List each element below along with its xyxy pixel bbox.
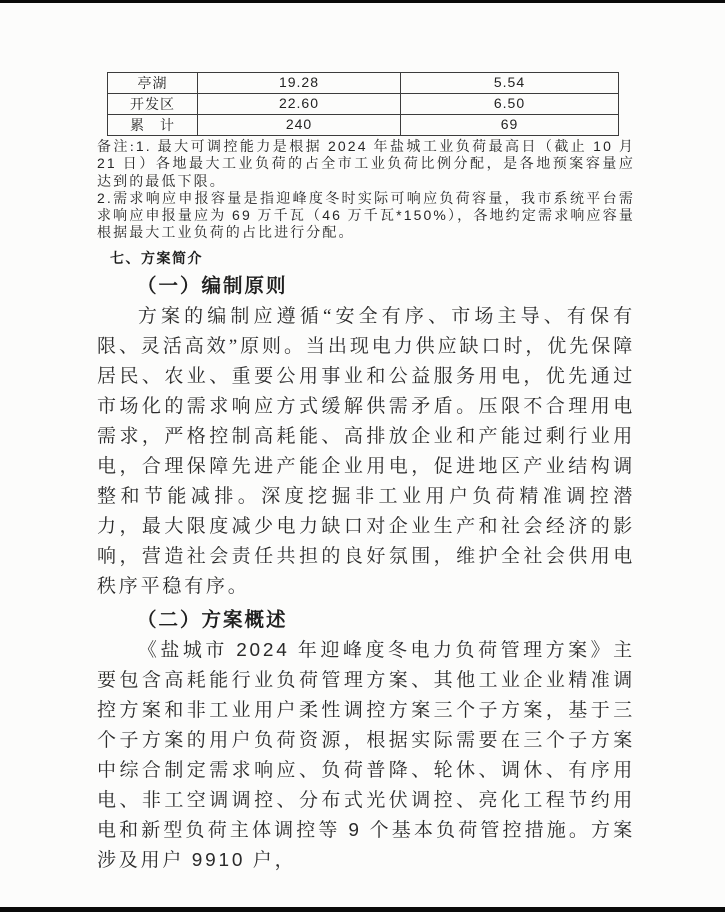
table-row-total: 累 计 240 69 (108, 115, 619, 136)
paragraph-compilation-principles: 方案的编制应遵循“安全有序、市场主导、有保有限、灵活高效”原则。当出现电力供应缺… (97, 302, 635, 602)
table-cell-region: 累 计 (108, 115, 198, 136)
table-cell-adjustable-capacity: 22.60 (198, 94, 401, 115)
paragraph-plan-overview: 《盐城市 2024 年迎峰度冬电力负荷管理方案》主要包含高耗能行业负荷管理方案、… (97, 636, 635, 876)
footnote-2: 2.需求响应申报容量是指迎峰度冬时实际可响应负荷容量，我市系统平台需求响应申报量… (97, 191, 635, 243)
table-row-kaifaqu: 开发区 22.60 6.50 (108, 94, 619, 115)
table-cell-adjustable-capacity: 19.28 (198, 73, 401, 94)
table-cell-adjustable-capacity: 240 (198, 115, 401, 136)
table-cell-region: 开发区 (108, 94, 198, 115)
table-cell-response-capacity: 6.50 (401, 94, 619, 115)
subsection-1-heading: （一）编制原则 (97, 272, 635, 302)
page-content: 亭湖 19.28 5.54 开发区 22.60 6.50 累 计 240 69 … (97, 72, 635, 876)
scan-edge-bottom (0, 907, 725, 912)
scan-edge-top (0, 0, 725, 3)
table-cell-region: 亭湖 (108, 73, 198, 94)
document-page: 亭湖 19.28 5.54 开发区 22.60 6.50 累 计 240 69 … (0, 0, 725, 912)
table-cell-response-capacity: 69 (401, 115, 619, 136)
table-cell-response-capacity: 5.54 (401, 73, 619, 94)
footnote-1: 备注:1. 最大可调控能力是根据 2024 年盐城工业负荷最高日（截止 10 月… (97, 139, 635, 191)
subsection-2-heading: （二）方案概述 (97, 606, 635, 636)
section-heading: 七、方案简介 (110, 248, 635, 268)
capacity-table: 亭湖 19.28 5.54 开发区 22.60 6.50 累 计 240 69 (107, 72, 619, 136)
table-row-tinghu: 亭湖 19.28 5.54 (108, 73, 619, 94)
